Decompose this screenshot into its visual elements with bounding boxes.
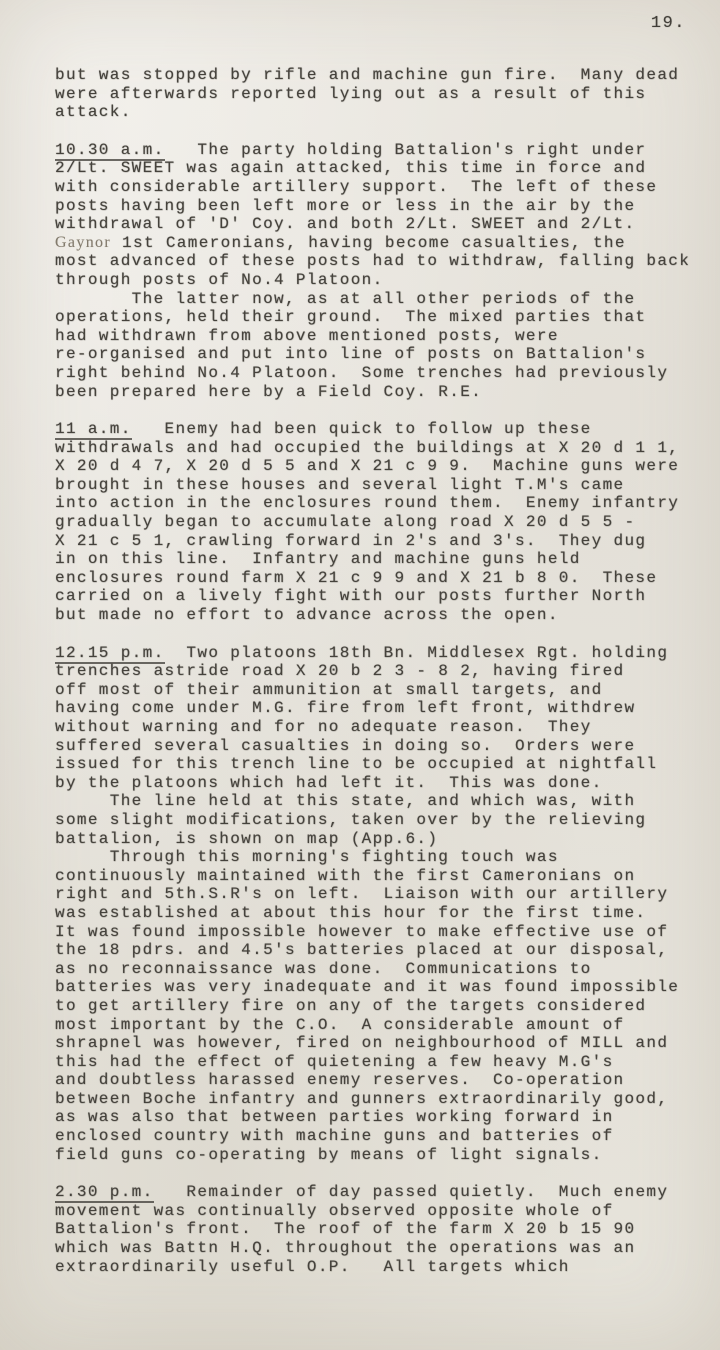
page-content: but was stopped by rifle and machine gun… <box>55 66 713 1295</box>
entry-1030am: 10.30 a.m. The party holding Battalion's… <box>55 141 713 401</box>
document-page: 19. but was stopped by rifle and machine… <box>0 0 720 1350</box>
paragraph-text: Two platoons 18th Bn. Middlesex Rgt. hol… <box>55 644 679 1164</box>
time-heading-11am: 11 a.m. <box>55 420 132 440</box>
time-heading-1215pm: 12.15 p.m. <box>55 644 165 664</box>
entry-1215pm: 12.15 p.m. Two platoons 18th Bn. Middles… <box>55 644 713 1165</box>
paragraph-text: but was stopped by rifle and machine gun… <box>55 66 679 121</box>
time-heading-230pm: 2.30 p.m. <box>55 1183 154 1203</box>
paragraph-continuation: but was stopped by rifle and machine gun… <box>55 66 713 122</box>
page-number: 19. <box>651 14 686 33</box>
entry-11am: 11 a.m. Enemy had been quick to follow u… <box>55 420 713 625</box>
time-heading-1030am: 10.30 a.m. <box>55 141 165 161</box>
paragraph-text: 1st Cameronians, having become casualtie… <box>55 234 690 401</box>
handwritten-name-gaynor: Gaynor <box>55 234 111 251</box>
entry-230pm: 2.30 p.m. Remainder of day passed quietl… <box>55 1183 713 1276</box>
paragraph-text: Enemy had been quick to follow up these … <box>55 420 679 624</box>
